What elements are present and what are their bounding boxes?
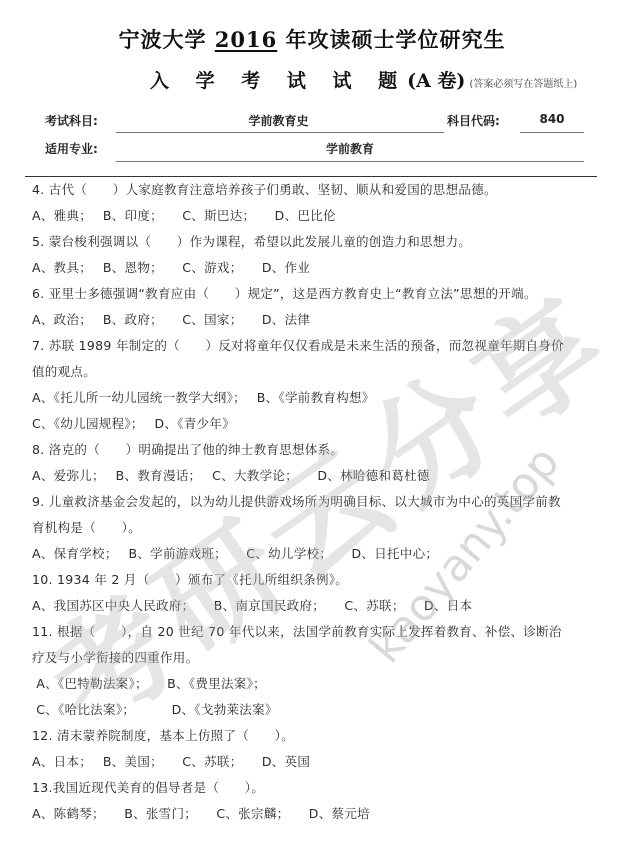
subject-label: 考试科目:	[45, 112, 98, 129]
question-9-cont: 育机构是（ ）。	[32, 518, 141, 536]
question-11-cont: 疗及与小学衔接的四重作用。	[32, 648, 198, 666]
title-suffix: 年攻读硕士学位研究生	[286, 27, 506, 52]
code-value: 840	[520, 112, 584, 126]
question-13-options: A、陈鹤琴； B、张雪门； C、张宗麟； D、蔡元培	[32, 804, 370, 822]
major-value: 学前教育	[116, 140, 584, 157]
question-10: 10. 1934 年 2 月（ ）颁布了《托儿所组织条例》。	[32, 570, 348, 588]
question-10-options: A、我国苏区中央人民政府； B、南京国民政府； C、苏联； D、日本	[32, 596, 472, 614]
question-12-options: A、日本； B、美国； C、苏联； D、英国	[32, 752, 310, 770]
question-13: 13.我国近现代美育的倡导者是（ ）。	[32, 778, 264, 796]
question-6: 6. 亚里士多德强调“教育应由（ ）规定”，这是西方教育史上“教育立法”思想的开…	[32, 284, 537, 302]
question-11: 11. 根据（ ），自 20 世纪 70 年代以来，法国学前教育实际上发挥着教育…	[32, 622, 562, 640]
title-prefix: 宁波大学	[118, 27, 206, 52]
code-underline	[520, 132, 584, 133]
question-8-options: A、爱弥儿； B、教育漫话； C、大教学论； D、林哈德和葛杜德	[32, 466, 430, 484]
question-4: 4. 古代（ ）人家庭教育注意培养孩子们勇敢、坚韧、顺从和爱国的思想品德。	[32, 180, 497, 198]
question-7-cont: 值的观点。	[32, 362, 96, 380]
exam-volume: (A 卷)	[407, 70, 465, 92]
subject-underline	[116, 132, 444, 133]
question-5: 5. 蒙台梭利强调以（ ）作为课程，希望以此发展儿童的创造力和思想力。	[32, 232, 471, 250]
question-11-options: A、《巴特勒法案》； B、《费里法案》；	[32, 674, 266, 692]
question-6-options: A、政治； B、政府； C、国家； D、法律	[32, 310, 310, 328]
exam-note: (答案必须写在答题纸上)	[469, 79, 577, 90]
question-4-options: A、雅典； B、印度； C、斯巴达； D、巴比伦	[32, 206, 336, 224]
major-label: 适用专业:	[45, 140, 98, 157]
major-underline	[116, 161, 584, 162]
header-divider	[25, 176, 597, 177]
question-7-options-2: C、《幼儿园规程》； D、《青少年》	[32, 414, 235, 432]
exam-title-main: 入 学 考 试 试 题	[150, 70, 407, 92]
question-9: 9. 儿童救济基金会发起的，以为幼儿提供游戏场所为明确目标、以大城市为中心的英国…	[32, 492, 561, 510]
question-11-options-2: C、《哈比法案》； D、《戈勃莱法案》	[32, 700, 278, 718]
exam-title: 入 学 考 试 试 题(A 卷)(答案必须写在答题纸上)	[150, 66, 610, 93]
question-7-options: A、《托儿所一幼儿园统一教学大纲》； B、《学前教育构想》	[32, 388, 375, 406]
subject-value: 学前教育史	[116, 112, 441, 129]
question-7: 7. 苏联 1989 年制定的（ ）反对将童年仅仅看成是未来生活的预备，而忽视童…	[32, 336, 564, 354]
question-8: 8. 洛克的（ ）明确提出了他的绅士教育思想体系。	[32, 440, 343, 458]
question-5-options: A、教具； B、恩物； C、游戏； D、作业	[32, 258, 310, 276]
question-9-options: A、保育学校； B、学前游戏班； C、幼儿学校； D、日托中心；	[32, 544, 438, 562]
title-year: 2016	[215, 27, 277, 52]
question-12: 12. 清末蒙养院制度，基本上仿照了（ ）。	[32, 726, 294, 744]
document-title: 宁波大学 2016 年攻读硕士学位研究生	[0, 24, 624, 54]
code-label: 科目代码:	[447, 112, 500, 129]
